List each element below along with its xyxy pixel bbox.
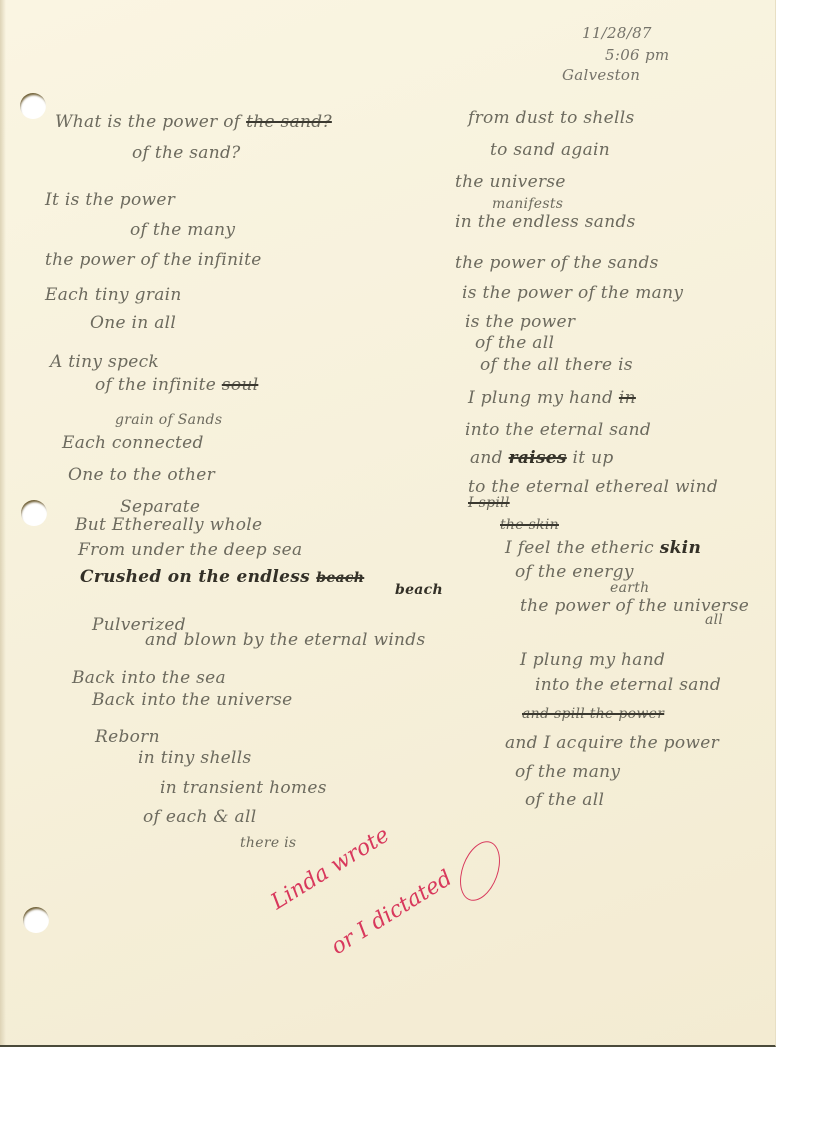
right-line-26: of the many [515, 762, 620, 782]
right-line-5: in the endless sands [455, 212, 636, 232]
right-line-13: and raises it up [470, 448, 614, 468]
left-line-18: and blown by the eternal winds [145, 630, 426, 650]
header-time: 5:06 pm [605, 46, 669, 64]
right-line-21: all [705, 612, 723, 628]
right-line-25: and I acquire the power [505, 733, 719, 753]
left-line-11: Each connected [62, 433, 204, 453]
punch-hole-top [20, 93, 46, 119]
left-line-9: of the infinite soul [95, 375, 258, 395]
left-line-12: One to the other [68, 465, 215, 485]
punch-hole-middle [21, 500, 47, 526]
left-line-10: grain of Sands [115, 412, 222, 428]
left-line-22: in tiny shells [138, 748, 252, 768]
left-line-16b: beach [395, 582, 443, 598]
right-line-7: is the power of the many [462, 283, 683, 303]
right-line-1: from dust to shells [468, 108, 634, 128]
right-line-17: I feel the etheric skin [505, 538, 701, 558]
left-line-8: A tiny speck [50, 352, 159, 372]
left-line-2: of the sand? [132, 143, 241, 163]
annotation-line-2: or I dictated [327, 866, 457, 960]
right-line-12: into the eternal sand [465, 420, 651, 440]
right-line-6: the power of the sands [455, 253, 659, 273]
left-line-14: But Ethereally whole [75, 515, 262, 535]
left-line-16: Crushed on the endless beach [80, 567, 364, 587]
right-line-15: I spill [468, 495, 510, 511]
right-line-18: of the energy [515, 562, 634, 582]
header-place: Galveston [562, 66, 640, 84]
punch-hole-bottom [23, 907, 49, 933]
left-line-15: From under the deep sea [78, 540, 302, 560]
right-line-9: of the all [475, 333, 554, 353]
annotation-circle [452, 836, 507, 907]
left-line-13: Separate [120, 497, 200, 517]
left-line-4: of the many [130, 220, 235, 240]
left-line-25: there is [240, 835, 296, 851]
right-line-4: manifests [492, 196, 563, 212]
right-line-16: the skin [500, 517, 559, 533]
right-line-22: I plung my hand [520, 650, 665, 670]
left-line-7: One in all [90, 313, 176, 333]
left-line-21: Reborn [95, 727, 160, 747]
left-line-3: It is the power [45, 190, 175, 210]
left-line-19: Back into the sea [72, 668, 226, 688]
left-line-23: in transient homes [160, 778, 327, 798]
right-line-23: into the eternal sand [535, 675, 721, 695]
left-line-1: What is the power of the sand? [55, 112, 332, 132]
left-line-6: Each tiny grain [45, 285, 182, 305]
left-line-20: Back into the universe [92, 690, 292, 710]
right-line-8: is the power [465, 312, 575, 332]
right-line-27: of the all [525, 790, 604, 810]
right-line-10: of the all there is [480, 355, 633, 375]
right-line-3: the universe [455, 172, 566, 192]
right-line-11: I plung my hand in [468, 388, 636, 408]
right-line-2: to sand again [490, 140, 610, 160]
header-date: 11/28/87 [582, 24, 652, 42]
right-line-19: earth [610, 580, 649, 596]
left-line-24: of each & all [143, 807, 256, 827]
right-line-14: to the eternal ethereal wind [468, 477, 718, 497]
right-line-24: and spill the power [522, 706, 664, 722]
left-line-5: the power of the infinite [45, 250, 262, 270]
notebook-page: 11/28/87 5:06 pm Galveston What is the p… [0, 0, 776, 1047]
